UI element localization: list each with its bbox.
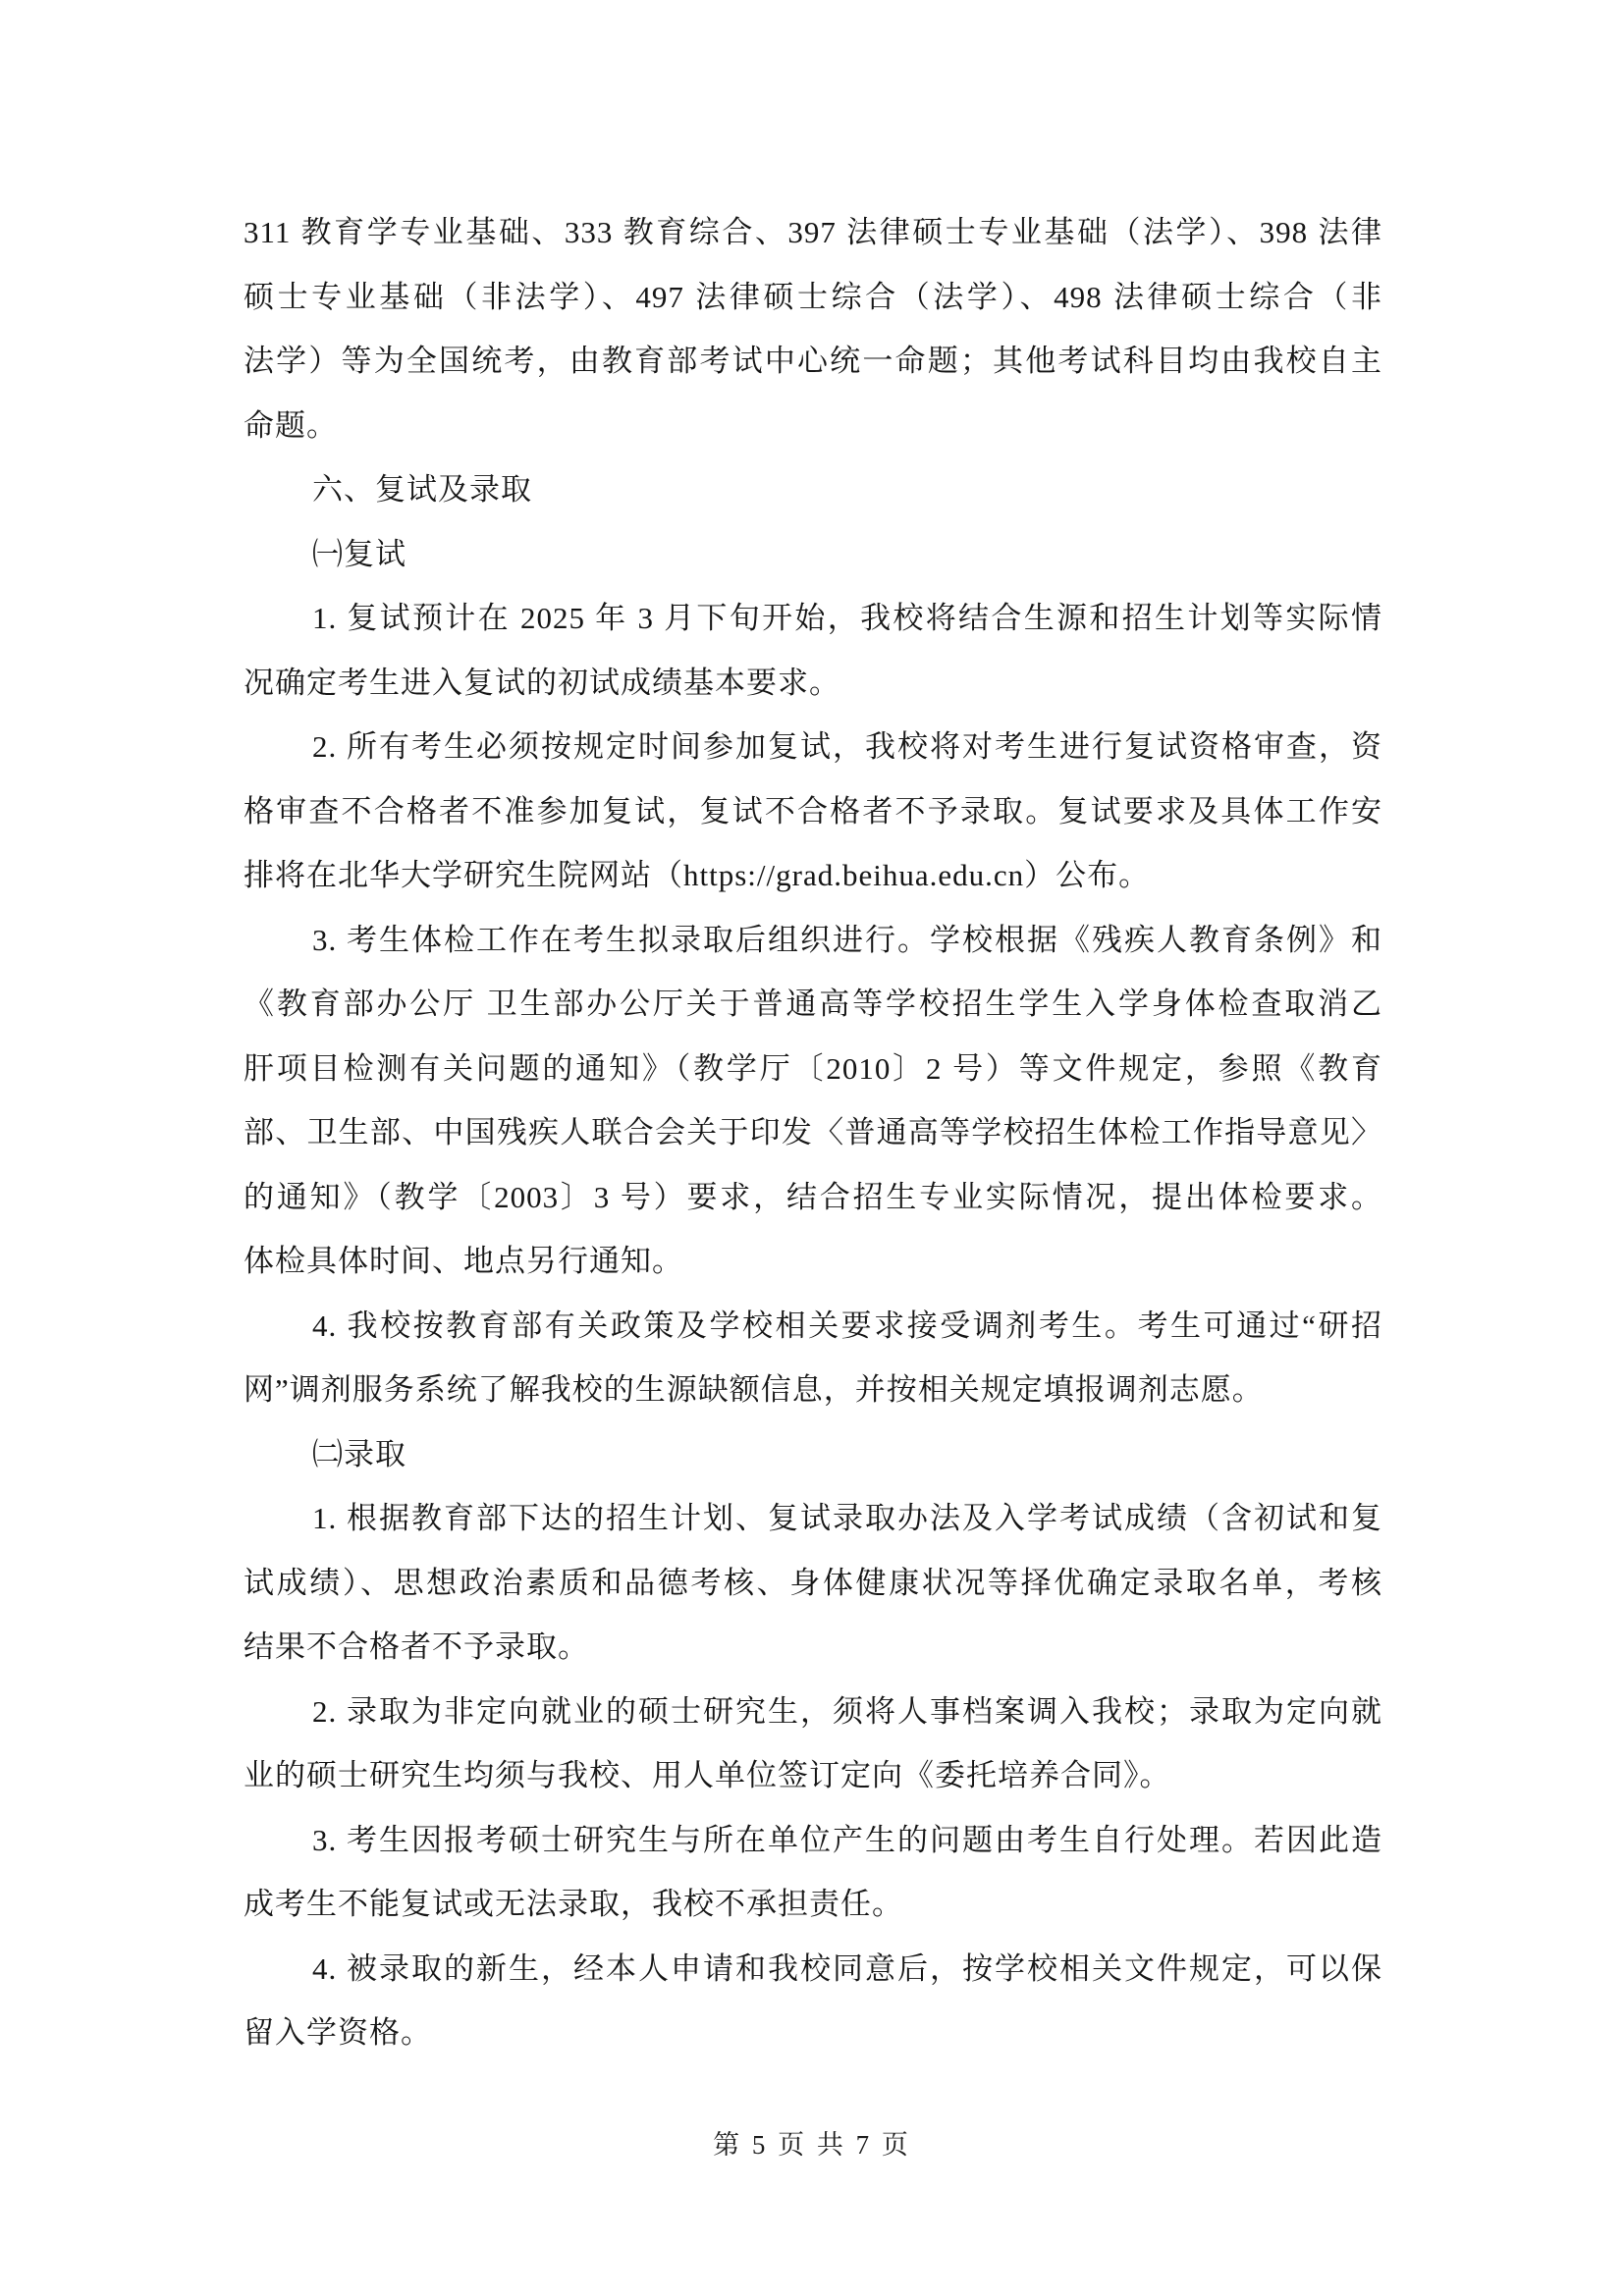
text-line: 网”调剂服务系统了解我校的生源缺额信息，并按相关规定填报调剂志愿。 xyxy=(244,1358,1382,1422)
document-page: 311 教育学专业基础、333 教育综合、397 法律硕士专业基础（法学）、39… xyxy=(0,0,1624,2296)
text-line: 311 教育学专业基础、333 教育综合、397 法律硕士专业基础（法学）、39… xyxy=(244,200,1382,265)
text-line: 肝项目检测有关问题的通知》（教学厅〔2010〕2 号）等文件规定，参照《教育 xyxy=(244,1037,1382,1101)
text-line: 况确定考生进入复试的初试成绩基本要求。 xyxy=(244,651,1382,716)
text-line: 业的硕士研究生均须与我校、用人单位签订定向《委托培养合同》。 xyxy=(244,1743,1382,1808)
text-line: 留入学资格。 xyxy=(244,2001,1382,2065)
text-line: 六、复试及录取 xyxy=(244,457,1382,522)
text-line: 2. 录取为非定向就业的硕士研究生，须将人事档案调入我校；录取为定向就 xyxy=(244,1680,1382,1744)
text-line: 排将在北华大学研究生院网站（https://grad.beihua.edu.cn… xyxy=(244,843,1382,908)
text-line: 命题。 xyxy=(244,394,1382,458)
text-line: 3. 考生因报考硕士研究生与所在单位产生的问题由考生自行处理。若因此造 xyxy=(244,1808,1382,1873)
text-line: 《教育部办公厅 卫生部办公厅关于普通高等学校招生学生入学身体检查取消乙 xyxy=(244,972,1382,1037)
text-line: 试成绩）、思想政治素质和品德考核、身体健康状况等择优确定录取名单，考核 xyxy=(244,1551,1382,1616)
text-line: ㈠复试 xyxy=(244,522,1382,587)
text-line: 1. 根据教育部下达的招生计划、复试录取办法及入学考试成绩（含初试和复 xyxy=(244,1486,1382,1551)
text-line: 1. 复试预计在 2025 年 3 月下旬开始，我校将结合生源和招生计划等实际情 xyxy=(244,586,1382,651)
text-line: 硕士专业基础（非法学）、497 法律硕士综合（法学）、498 法律硕士综合（非 xyxy=(244,265,1382,330)
document-body: 311 教育学专业基础、333 教育综合、397 法律硕士专业基础（法学）、39… xyxy=(244,200,1382,2065)
text-line: 法学）等为全国统考，由教育部考试中心统一命题；其他考试科目均由我校自主 xyxy=(244,329,1382,394)
text-line: 2. 所有考生必须按规定时间参加复试，我校将对考生进行复试资格审查，资 xyxy=(244,715,1382,779)
text-line: ㈡录取 xyxy=(244,1422,1382,1487)
page-footer: 第 5 页 共 7 页 xyxy=(0,2123,1624,2162)
text-line: 体检具体时间、地点另行通知。 xyxy=(244,1229,1382,1294)
text-line: 的通知》（教学〔2003〕3 号）要求，结合招生专业实际情况，提出体检要求。 xyxy=(244,1165,1382,1230)
text-line: 部、卫生部、中国残疾人联合会关于印发〈普通高等学校招生体检工作指导意见〉 xyxy=(244,1100,1382,1165)
text-line: 4. 我校按教育部有关政策及学校相关要求接受调剂考生。考生可通过“研招 xyxy=(244,1294,1382,1359)
text-line: 3. 考生体检工作在考生拟录取后组织进行。学校根据《残疾人教育条例》和 xyxy=(244,908,1382,973)
text-line: 4. 被录取的新生，经本人申请和我校同意后，按学校相关文件规定，可以保 xyxy=(244,1937,1382,2002)
text-line: 结果不合格者不予录取。 xyxy=(244,1615,1382,1680)
text-line: 格审查不合格者不准参加复试，复试不合格者不予录取。复试要求及具体工作安 xyxy=(244,779,1382,844)
text-line: 成考生不能复试或无法录取，我校不承担责任。 xyxy=(244,1872,1382,1937)
page-number-text: 第 5 页 共 7 页 xyxy=(713,2130,911,2160)
